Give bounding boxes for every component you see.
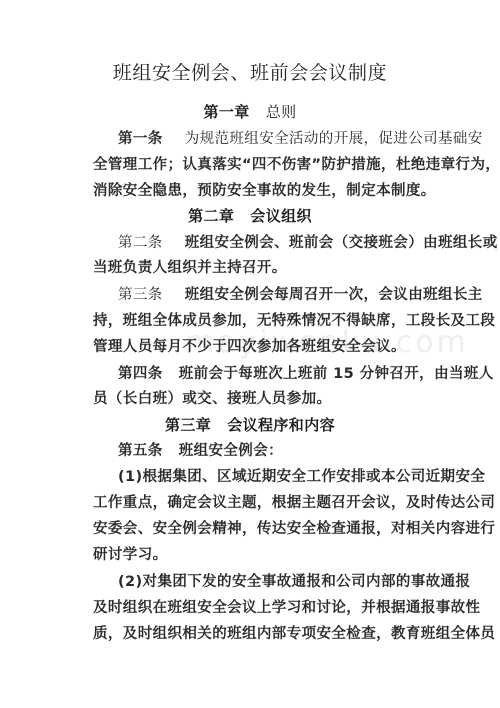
chapter-label: 第二章: [188, 207, 234, 225]
item-2-line-3: 质，及时组织相关的班组内部专项安全检查，教育班组全体员: [93, 624, 423, 644]
chapter-name: 会议组织: [250, 207, 312, 225]
item-1-line-1: (1)根据集团、区域近期安全工作安排或本公司近期安全: [118, 467, 423, 487]
document-page: mayiwenku.com 班组安全例会、班前会会议制度 第一章总则 第一条为规…: [0, 0, 500, 708]
article-label: 第五条: [118, 443, 163, 459]
item-2-line-2: 及时组织在班组安全会议上学习和讨论，并根据通报事故性: [93, 598, 423, 618]
article-5-line-1: 第五条班组安全例会：: [118, 441, 423, 461]
article-label: 第一条: [118, 131, 163, 147]
article-label: 第三条: [118, 287, 163, 303]
article-text: 班组安全例会、班前会（交接班会）由班组长或: [185, 235, 498, 251]
chapter-label: 第一章: [203, 103, 249, 121]
chapter-name: 总则: [266, 103, 297, 121]
article-2-line-1: 第二条班组安全例会、班前会（交接班会）由班组长或: [118, 233, 423, 253]
article-1-line-3: 消除安全隐患，预防安全事故的发生，制定本制度。: [93, 181, 423, 201]
article-1-line-2: 全管理工作；认真落实“四不伤害”防护措施，杜绝违章行为，: [93, 155, 423, 175]
article-text: 班组安全例会：: [179, 443, 283, 459]
item-2-line-1: (2)对集团下发的安全事故通报和公司内部的事故通报: [118, 572, 423, 592]
article-label: 第四条: [118, 366, 163, 382]
article-1-line-1: 第一条为规范班组安全活动的开展，促进公司基础安: [118, 129, 423, 149]
chapter-heading-3: 第三章会议程序和内容: [0, 415, 500, 435]
article-text: 班前会于每班次上班前 15 分钟召开，由当班人: [179, 366, 494, 382]
article-3-line-1: 第三条班组安全例会每周召开一次，会议由班组长主: [118, 285, 423, 305]
article-text: 为规范班组安全活动的开展，促进公司基础安: [185, 131, 483, 147]
article-2-line-2: 当班负责人组织并主持召开。: [93, 258, 423, 278]
item-1-line-4: 研讨学习。: [93, 545, 423, 565]
chapter-name: 会议程序和内容: [227, 416, 335, 434]
chapter-heading-2: 第二章会议组织: [0, 206, 500, 226]
article-3-line-2: 持，班组全体成员参加，无特殊情况不得缺席，工段长及工段: [93, 311, 423, 331]
item-1-line-3: 安委会、安全例会精神，传达安全检查通报，对相关内容进行: [93, 519, 423, 539]
document-title: 班组安全例会、班前会会议制度: [0, 63, 500, 83]
item-1-line-2: 工作重点，确定会议主题，根据主题召开会议，及时传达公司: [93, 493, 423, 513]
article-text: 班组安全例会每周召开一次，会议由班组长主: [185, 287, 483, 303]
chapter-label: 第三章: [165, 416, 211, 434]
chapter-heading-1: 第一章总则: [0, 102, 500, 122]
article-4-line-1: 第四条班前会于每班次上班前 15 分钟召开，由当班人: [118, 364, 423, 384]
article-3-line-3: 管理人员每月不少于四次参加各班组安全会议。: [93, 337, 423, 357]
article-label: 第二条: [118, 235, 163, 251]
article-4-line-2: 员（长白班）或交、接班人员参加。: [93, 389, 423, 409]
